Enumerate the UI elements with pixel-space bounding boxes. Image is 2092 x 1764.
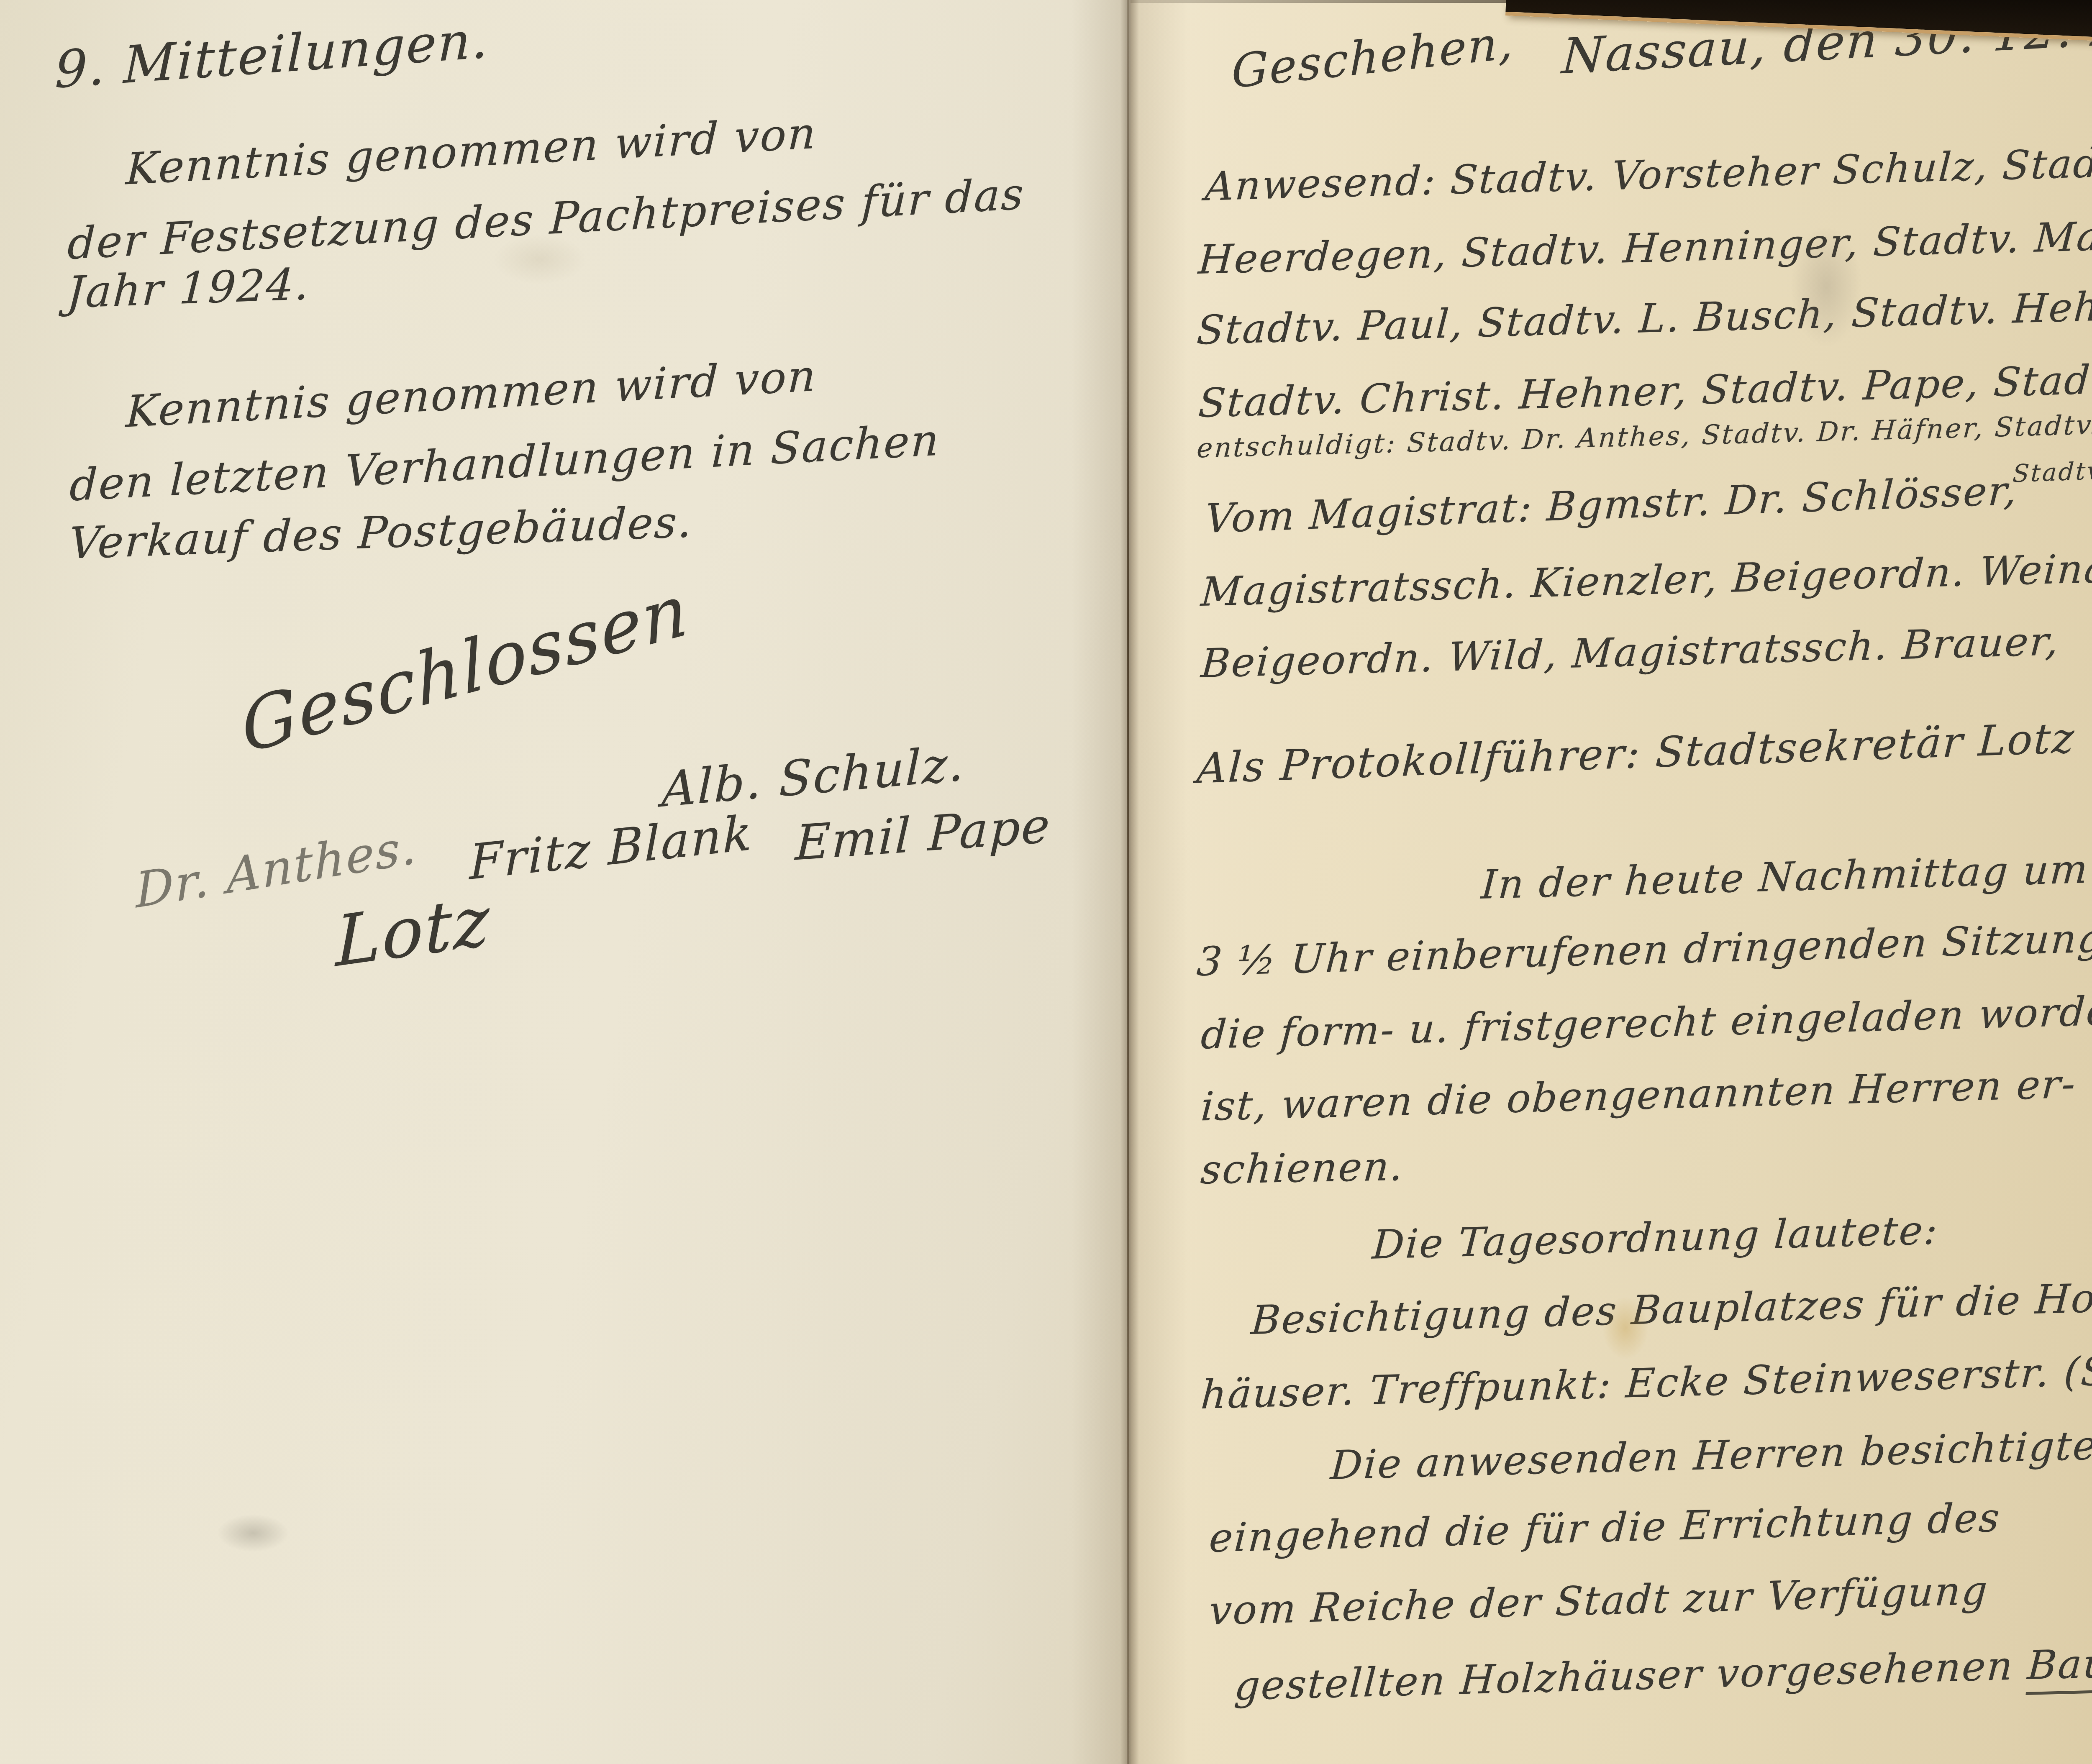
body2-line-4: gestellten Holzhäuser vorgesehenen Bau= <box>1233 1639 2092 1709</box>
signature-schulz: Alb. Schulz. <box>661 735 965 818</box>
body1-line-1: In der heute Nachmittag um <box>1480 846 2090 908</box>
paragraph1-line3: Jahr 1924. <box>66 259 311 318</box>
body1-line-4: ist, waren die obengenannten Herren er- <box>1200 1061 2078 1130</box>
protocol-keeper-line: Als Protokollführer: Stadtsekretär Lotz <box>1196 713 2077 793</box>
paragraph2-line3: Verkauf des Postgebäudes. <box>68 496 694 569</box>
body2-line-1: Die anwesenden Herren besichtigten <box>1329 1422 2092 1489</box>
signature-blank: Fritz Blank <box>469 805 753 891</box>
body2-line-4-main: gestellten Holzhäuser vorgesehenen <box>1233 1643 2029 1710</box>
signature-pape: Emil Pape <box>794 797 1052 871</box>
attendance-line-1: Anwesend: Stadtv. Vorsteher Schulz, Stad… <box>1204 139 2092 210</box>
left-heading: 9. Mitteilungen. <box>54 10 490 100</box>
body1-line-2: 3 ½ Uhr einberufenen dringenden Sitzung, <box>1195 915 2092 985</box>
magistrat-line-3: Beigeordn. Wild, Magistratssch. Brauer, <box>1200 618 2061 687</box>
occurred-word: Geschehen, <box>1232 15 1514 99</box>
book-spread: 9. Mitteilungen. Kenntnis genommen wird … <box>0 0 2092 1764</box>
body2-line-4-underlined-word: Bau= <box>2026 1639 2092 1695</box>
body1-line-3: die form- u. fristgerecht eingeladen wor… <box>1200 988 2092 1058</box>
book-gutter-shading <box>1071 0 1188 1764</box>
right-page: Geschehen, Nassau, den 30. 12. 24. Anwes… <box>1131 0 2092 1764</box>
attendance-line-2: Heerdegen, Stadtv. Henninger, Stadtv. Ma… <box>1197 208 2092 283</box>
magistrat-line-1: Vom Magistrat: Bgmstr. Dr. Schlösser, <box>1204 468 2019 542</box>
body2-line-2: eingehend die für die Errichtung des <box>1208 1495 2002 1562</box>
paragraph2-line1: Kenntnis genommen wird von <box>125 350 818 438</box>
page-top-edge-shadow <box>1131 0 1549 3</box>
agenda-line-2: häuser. Treffpunkt: Ecke Steinweserstr. … <box>1200 1345 2092 1418</box>
body2-line-3: vom Reiche der Stadt zur Verfügung <box>1208 1568 1990 1634</box>
paragraph1-line1: Kenntnis genommen wird von <box>125 108 818 195</box>
signature-lotz: Lotz <box>336 880 491 983</box>
attendance-line-3: Stadtv. Paul, Stadtv. L. Busch, Stadtv. … <box>1195 279 2092 353</box>
agenda-line-1: Besichtigung des Bauplatzes für die Holz… <box>1250 1274 2092 1344</box>
inserted-note-gebhardt: Stadtv. Gebhardt. <box>2012 451 2092 488</box>
book-gutter-fold-line <box>1127 0 1129 1764</box>
magistrat-line-2: Magistratssch. Kienzler, Beigeordn. Wein… <box>1200 543 2092 615</box>
body1-line-5: schienen. <box>1199 1144 1405 1193</box>
agenda-heading: Die Tagesordnung lautete: <box>1371 1207 1940 1268</box>
left-page: 9. Mitteilungen. Kenntnis genommen wird … <box>0 0 1131 1764</box>
closing-word: Geschlossen <box>237 568 693 770</box>
